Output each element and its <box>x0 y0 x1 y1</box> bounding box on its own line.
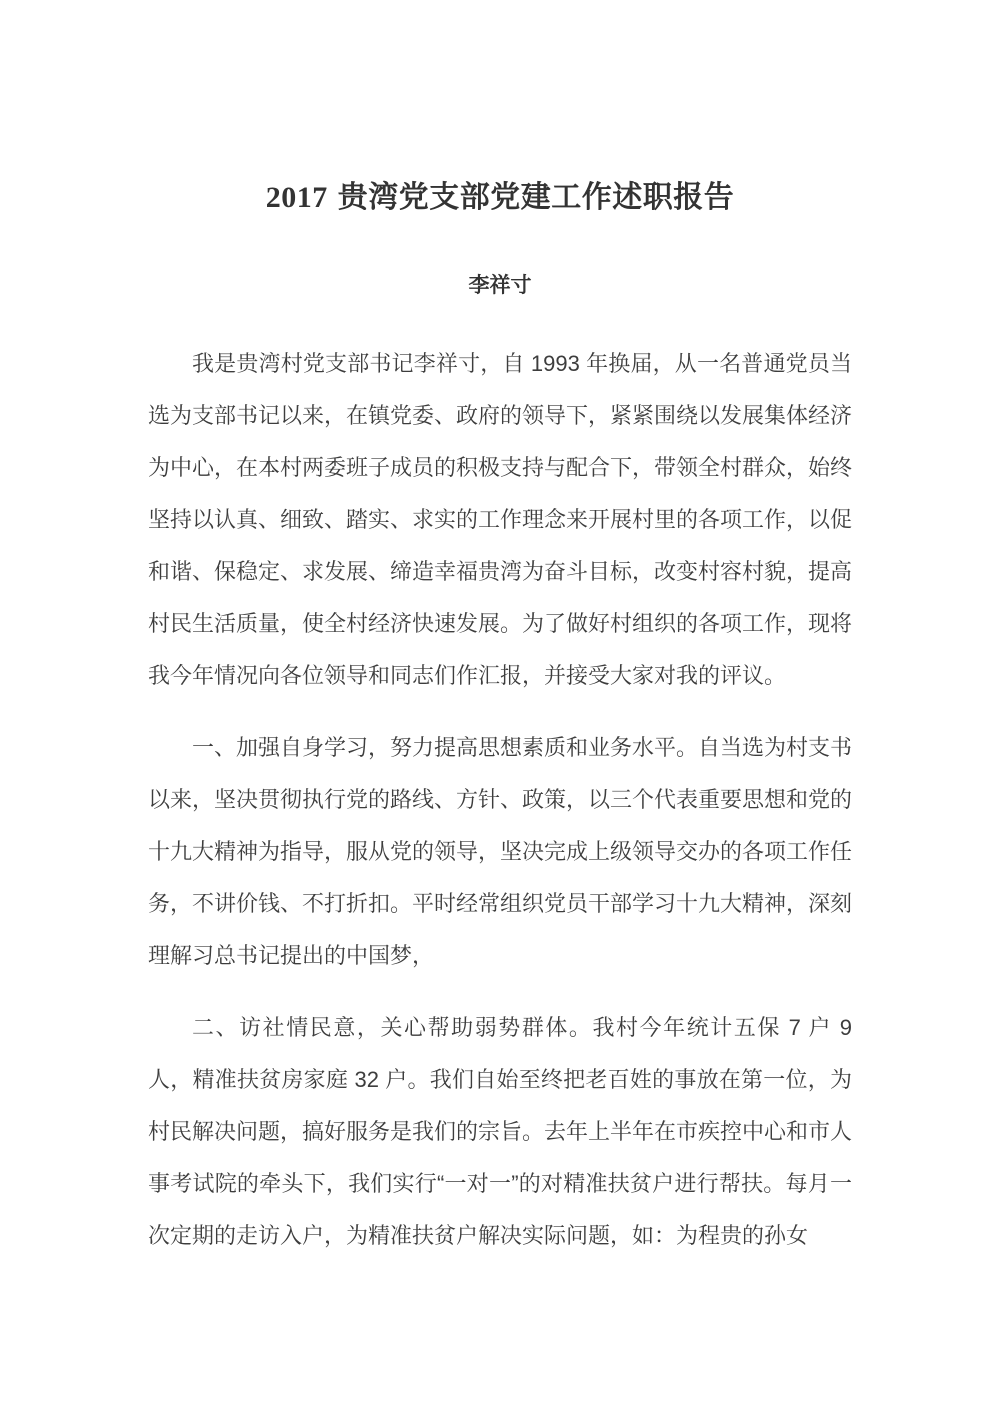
document-title: 2017贵湾党支部党建工作述职报告 <box>148 178 852 218</box>
paragraph-section-two: 二、访社情民意，关心帮助弱势群体。我村今年统计五保 7 户 9 人，精准扶贫房家… <box>148 1002 852 1262</box>
paragraph-intro: 我是贵湾村党支部书记李祥寸，自 1993 年换届，从一名普通党员当选为支部书记以… <box>148 338 852 702</box>
title-year: 2017 <box>266 181 328 214</box>
title-text: 贵湾党支部党建工作述职报告 <box>338 181 735 214</box>
paragraph-section-one: 一、加强自身学习，努力提高思想素质和业务水平。自当选为村支书以来，坚决贯彻执行党… <box>148 722 852 982</box>
author-name: 李祥寸 <box>148 272 852 300</box>
document-body: 我是贵湾村党支部书记李祥寸，自 1993 年换届，从一名普通党员当选为支部书记以… <box>148 338 852 1262</box>
document-page: 2017贵湾党支部党建工作述职报告 李祥寸 我是贵湾村党支部书记李祥寸，自 19… <box>0 0 1000 1415</box>
